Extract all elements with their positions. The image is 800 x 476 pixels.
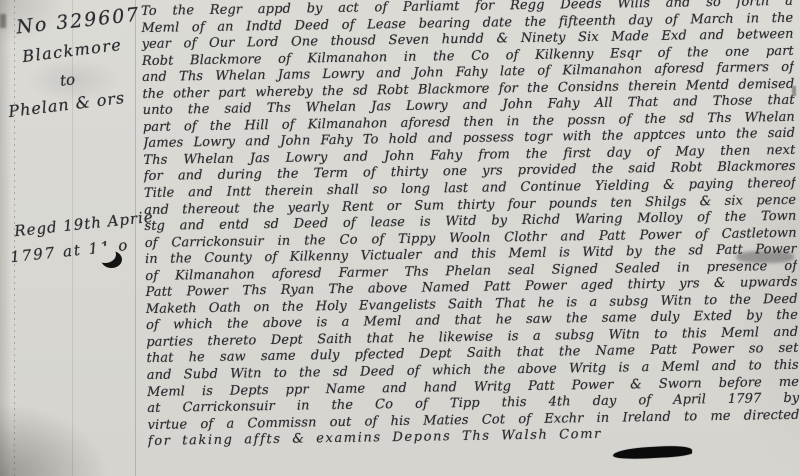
registration-date-note: Regd 19th Aprie xyxy=(13,208,154,241)
margin-connector: to xyxy=(59,70,76,89)
ink-smudge-overwritten-word xyxy=(736,251,794,263)
ink-blot-terminal-flourish xyxy=(613,445,692,460)
memorial-body-text: To the Regr appd by act of Parliamt for … xyxy=(141,0,800,451)
entry-number: No 329607 xyxy=(15,4,141,39)
ink-crescent-blot xyxy=(101,251,122,268)
manuscript-page: No 329607 Blackmore to Phelan & ors Regd… xyxy=(0,0,800,476)
edge-ink-mark-top-left xyxy=(0,14,6,28)
margin-divider-rule xyxy=(135,0,136,476)
